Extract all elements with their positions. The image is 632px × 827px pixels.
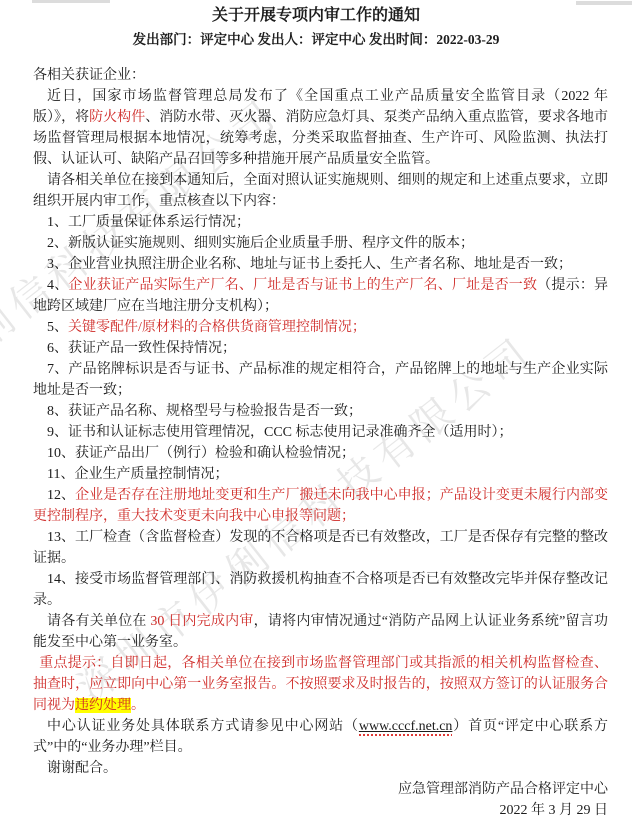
text-segment: 3、企业营业执照注册企业名称、地址与证书上委托人、生产者名称、地址是否一致； xyxy=(47,257,572,272)
text-segment: 5、 xyxy=(47,320,68,335)
text-segment: 。 xyxy=(131,698,145,713)
text-segment: 4、 xyxy=(47,278,68,293)
text-segment: 应急管理部消防产品合格评定中心 xyxy=(398,782,608,797)
text-segment: 8、获证产品名称、规格型号与检验报告是否一致； xyxy=(47,404,362,419)
website-link[interactable]: www.cccf.net.cn xyxy=(359,719,453,734)
text-segment: 6、获证产品一致性保持情况； xyxy=(47,341,236,356)
text-segment: 谢谢配合。 xyxy=(47,761,117,776)
paragraph: 2022 年 3 月 29 日 xyxy=(33,800,608,821)
paragraph: 11、企业生产质量控制情况； xyxy=(33,464,608,485)
paragraph: 应急管理部消防产品合格评定中心 xyxy=(33,779,608,800)
paragraph: 8、获证产品名称、规格型号与检验报告是否一致； xyxy=(33,401,608,422)
document-content: 关于开展专项内审工作的通知 发出部门：评定中心 发出人：评定中心 发出时间：20… xyxy=(0,0,632,821)
document-meta-line: 发出部门：评定中心 发出人：评定中心 发出时间：2022-03-29 xyxy=(0,31,632,48)
text-segment: 1、工厂质量保证体系运行情况； xyxy=(47,215,250,230)
paragraph: 请各相关单位在接到本通知后，全面对照认证实施规则、细则的规定和上述重点要求，立即… xyxy=(33,170,608,212)
notice-document-page: 深圳市伊俐信科技有限公司 深圳市伊俐信科技有限公司 关于开展专项内审工作的通知 … xyxy=(0,0,632,827)
text-segment: 7、产品铭牌标识是否与证书、产品标准的规定相符合，产品铭牌上的地址与生产企业实际… xyxy=(33,362,608,398)
text-segment: 请各有关单位在 xyxy=(47,614,150,629)
text-segment: 10、获证产品出厂（例行）检验和确认检验情况； xyxy=(47,446,355,461)
text-segment: 11、企业生产质量控制情况； xyxy=(47,467,228,482)
text-segment: 防火构件 xyxy=(89,110,145,125)
paragraph: 近日，国家市场监督管理总局发布了《全国重点工业产品质量安全监管目录（2022 年… xyxy=(33,86,608,170)
paragraph: 5、关键零配件/原材料的合格供货商管理控制情况； xyxy=(33,317,608,338)
text-segment: 13、工厂检查（含监督检查）发现的不合格项是否已有效整改，工厂是否保存有完整的整… xyxy=(33,530,608,566)
text-segment: 企业是否存在注册地址变更和生产厂搬迁未向我中心申报；产品设计变更未履行内部变更控… xyxy=(33,488,608,524)
paragraph: 14、接受市场监督管理部门、消防救援机构抽查不合格项是否已有效整改完毕并保存整改… xyxy=(33,569,608,611)
paragraph: 3、企业营业执照注册企业名称、地址与证书上委托人、生产者名称、地址是否一致； xyxy=(33,254,608,275)
document-title: 关于开展专项内审工作的通知 xyxy=(0,0,632,25)
paragraph: 4、企业获证产品实际生产厂名、厂址是否与证书上的生产厂名、厂址是否一致（提示：异… xyxy=(33,275,608,317)
text-segment: 关键零配件/原材料的合格供货商管理控制情况； xyxy=(68,320,366,335)
paragraph: 各相关获证企业： xyxy=(33,65,608,86)
paragraph: 2、新版认证实施规则、细则实施后企业质量手册、程序文件的版本； xyxy=(33,233,608,254)
paragraph: 谢谢配合。 xyxy=(33,758,608,779)
text-segment: 12、 xyxy=(47,488,75,503)
paragraph: 中心认证业务处具体联系方式请参见中心网站（www.cccf.net.cn）首页“… xyxy=(33,716,608,758)
paragraph: 7、产品铭牌标识是否与证书、产品标准的规定相符合，产品铭牌上的地址与生产企业实际… xyxy=(33,359,608,401)
highlighted-text: 违约处理 xyxy=(75,698,131,713)
text-segment: 30 日内完成内审 xyxy=(150,614,253,629)
paragraph: 12、企业是否存在注册地址变更和生产厂搬迁未向我中心申报；产品设计变更未履行内部… xyxy=(33,485,608,527)
text-segment: 2、新版认证实施规则、细则实施后企业质量手册、程序文件的版本； xyxy=(47,236,474,251)
text-segment: 企业获证产品实际生产厂名、厂址是否与证书上的生产厂名、厂址是否一致 xyxy=(68,278,537,293)
text-segment: 请各相关单位在接到本通知后，全面对照认证实施规则、细则的规定和上述重点要求，立即… xyxy=(33,173,608,209)
text-segment: 9、证书和认证标志使用管理情况，CCC 标志使用记录准确齐全（适用时）； xyxy=(47,425,513,440)
document-body: 各相关获证企业：近日，国家市场监督管理总局发布了《全国重点工业产品质量安全监管目… xyxy=(0,65,632,821)
text-segment: 2022 年 3 月 29 日 xyxy=(500,803,609,818)
paragraph: 1、工厂质量保证体系运行情况； xyxy=(33,212,608,233)
paragraph: 6、获证产品一致性保持情况； xyxy=(33,338,608,359)
paragraph: 13、工厂检查（含监督检查）发现的不合格项是否已有效整改，工厂是否保存有完整的整… xyxy=(33,527,608,569)
paragraph: 请各有关单位在 30 日内完成内审，请将内审情况通过“消防产品网上认证业务系统”… xyxy=(33,611,608,653)
paragraph: 重点提示：自即日起，各相关单位在接到市场监督管理部门或其指派的相关机构监督检查、… xyxy=(33,653,608,716)
text-segment: 14、接受市场监督管理部门、消防救援机构抽查不合格项是否已有效整改完毕并保存整改… xyxy=(33,572,608,608)
paragraph: 10、获证产品出厂（例行）检验和确认检验情况； xyxy=(33,443,608,464)
paragraph: 9、证书和认证标志使用管理情况，CCC 标志使用记录准确齐全（适用时）； xyxy=(33,422,608,443)
text-segment: 中心认证业务处具体联系方式请参见中心网站（ xyxy=(47,719,359,734)
text-segment: 各相关获证企业： xyxy=(33,68,145,83)
